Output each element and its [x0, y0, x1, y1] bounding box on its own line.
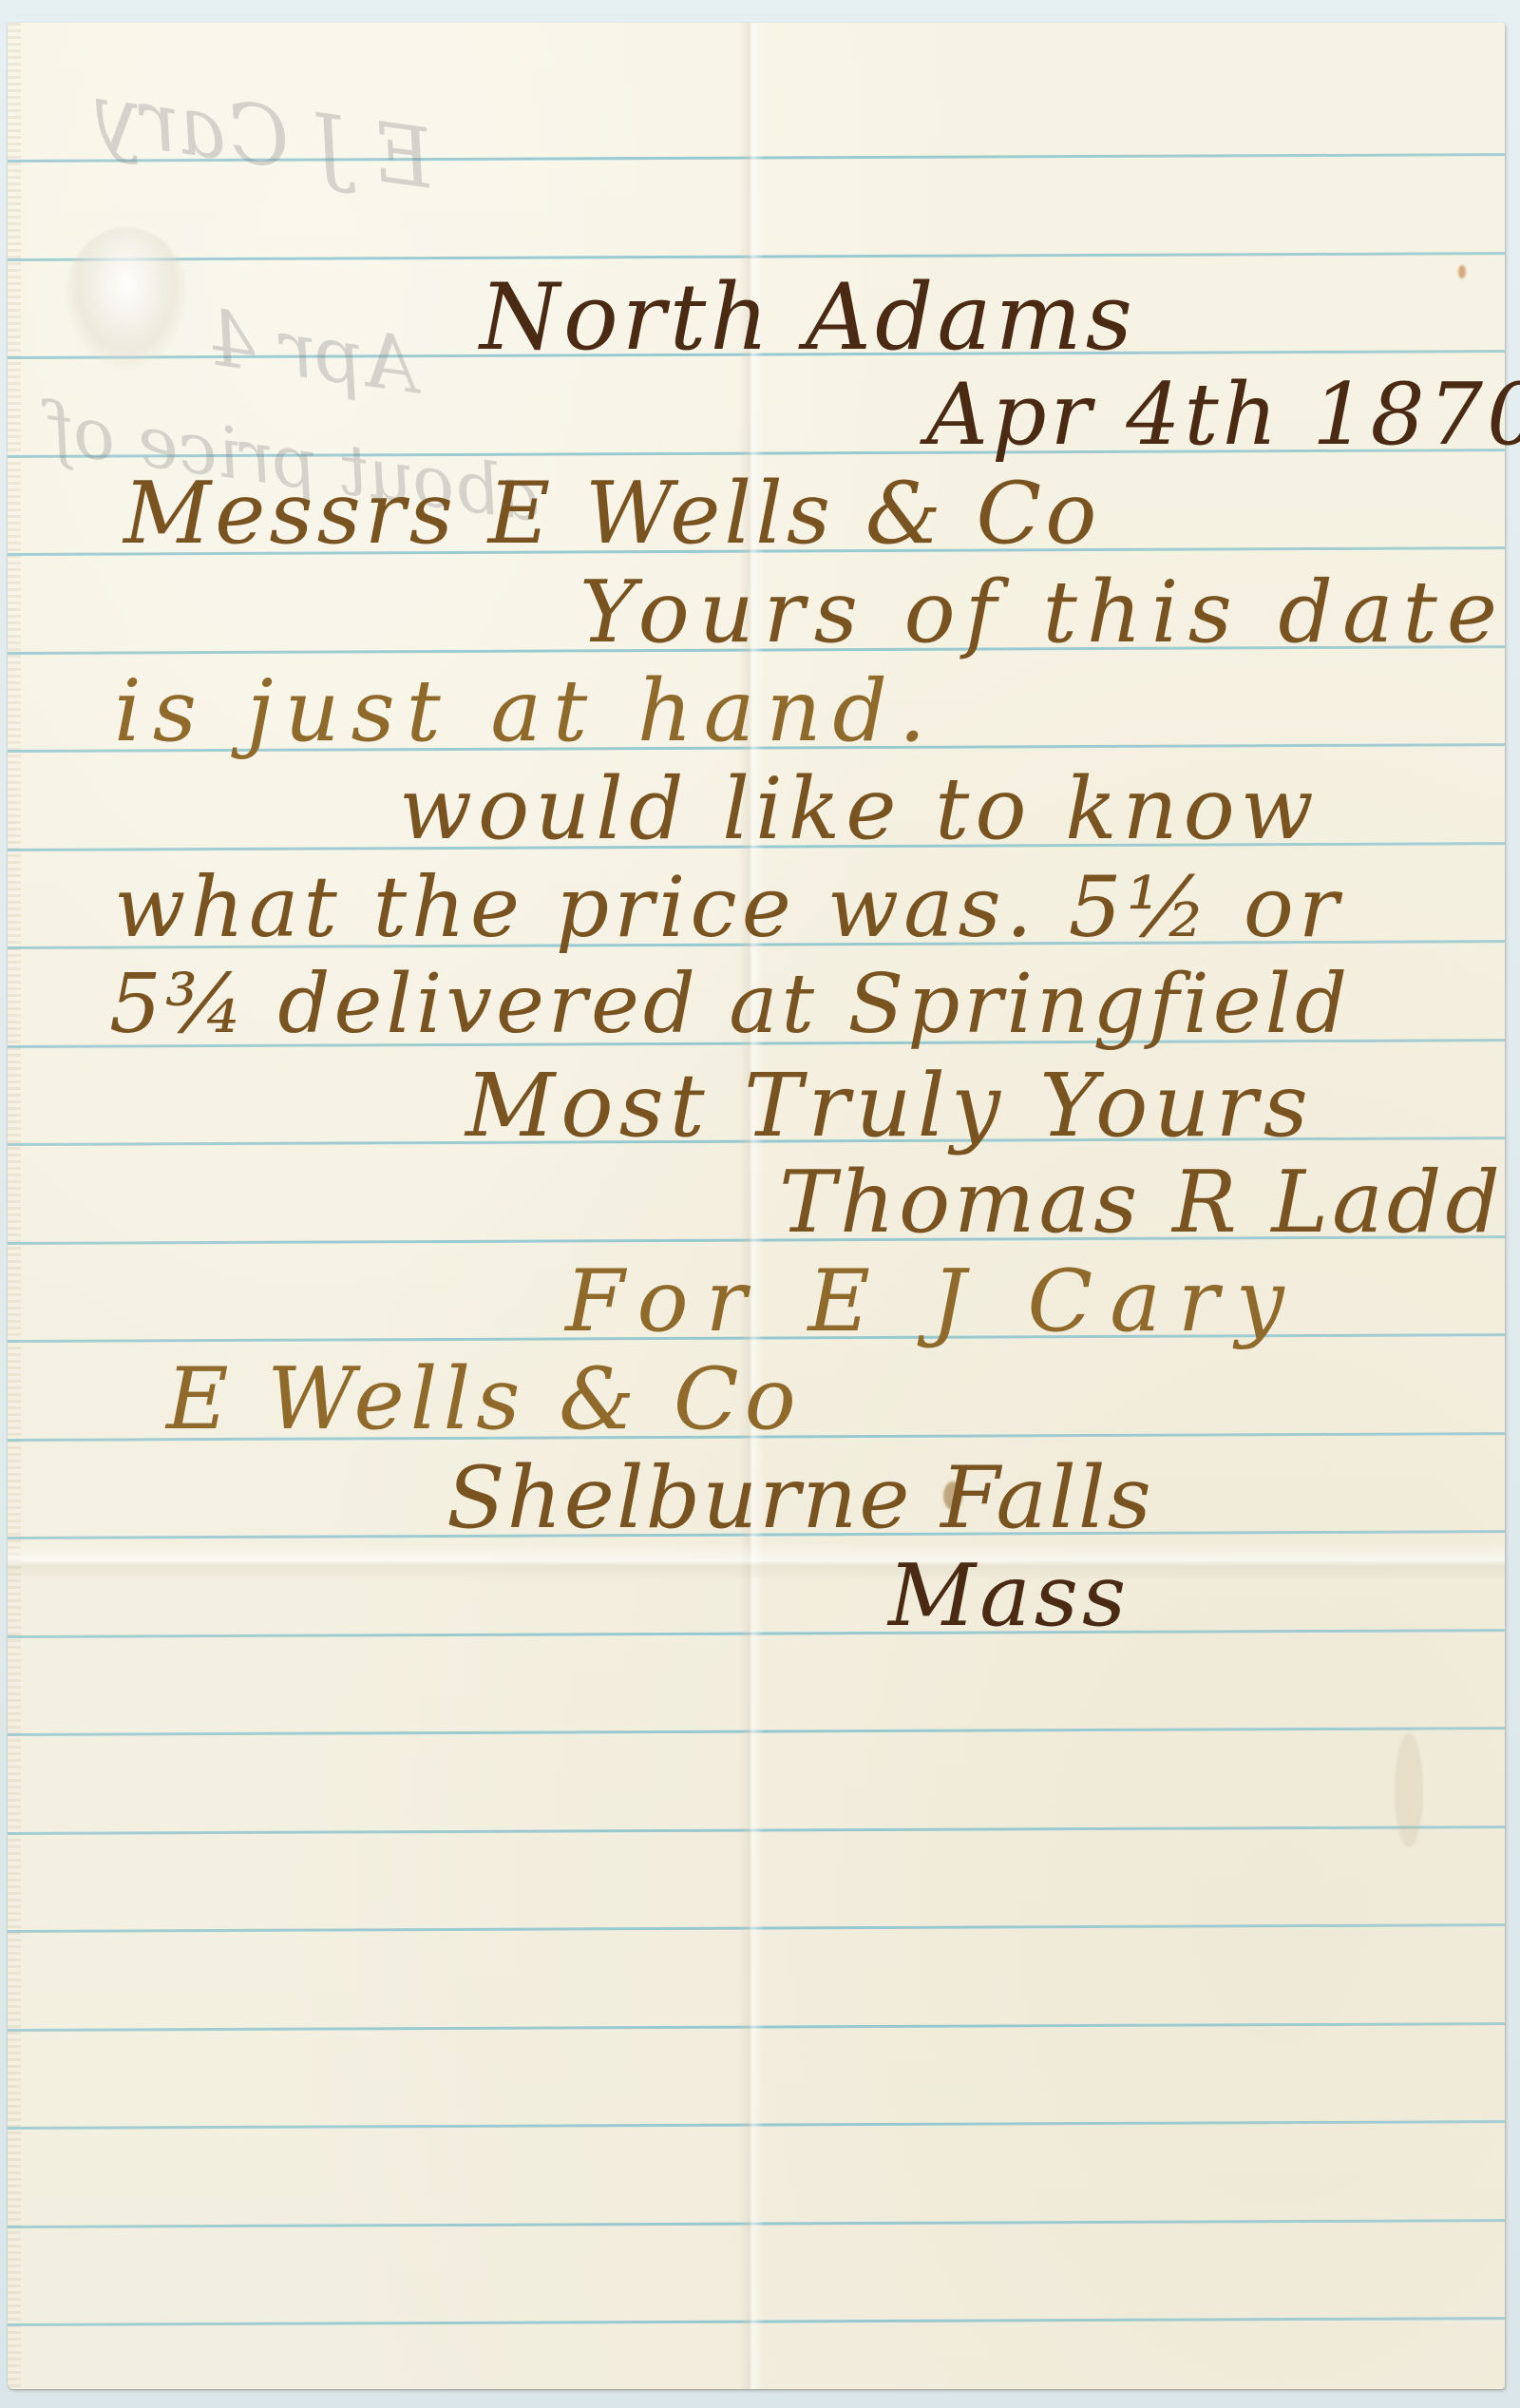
vertical-fold-crease	[739, 23, 764, 2389]
letter-body-line: is just at hand.	[114, 669, 938, 755]
letter-salutation: Messrs E Wells & Co	[123, 471, 1100, 557]
address-line: Shelburne Falls	[446, 1456, 1153, 1541]
bleed-through-text: Apr 4	[202, 294, 425, 411]
letter-body-line: what the price was. 5½ or	[114, 866, 1343, 949]
letter-body-line: 5¾ delivered at Springfield	[109, 964, 1351, 1045]
foxing-spot	[1395, 1733, 1423, 1847]
letter-body-line: would like to know	[399, 767, 1320, 852]
letter-signature-for: For E J Cary	[565, 1259, 1301, 1345]
paper-deckle-edge	[8, 23, 21, 2389]
letter-signature: Thomas R Ladd	[779, 1160, 1504, 1246]
address-line: Mass	[888, 1554, 1130, 1639]
letter-body-line: Yours of this date	[579, 570, 1507, 656]
letter-place: North Adams	[480, 272, 1136, 363]
embossed-stationery-mark	[65, 227, 188, 370]
address-line: E Wells & Co	[166, 1357, 802, 1443]
horizontal-fold-crease	[8, 1543, 1505, 1581]
bleed-through-text: E J Cary	[88, 67, 439, 208]
letter-date: Apr 4th 1870	[926, 373, 1520, 458]
letter-closing: Most Truly Yours	[465, 1062, 1314, 1150]
ink-stain	[1458, 265, 1466, 278]
letter-sheet: E J Cary Apr 4 about price of North Adam…	[8, 23, 1505, 2389]
